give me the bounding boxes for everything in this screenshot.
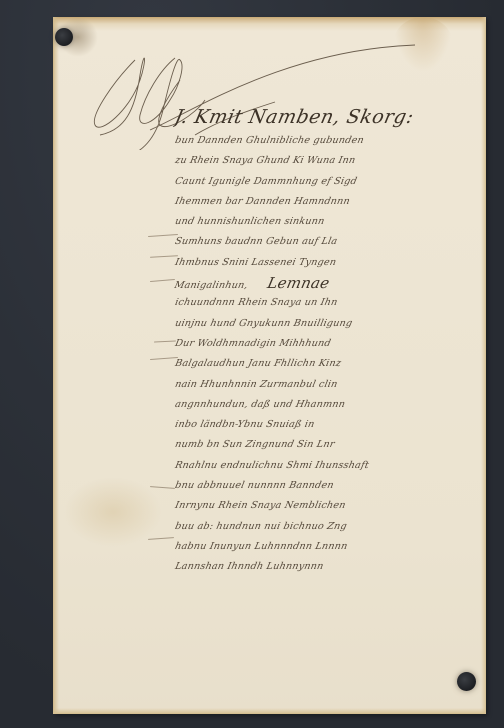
text-line: bun Dannden Ghulnibliche gubunden <box>173 131 487 151</box>
water-stain <box>63 477 163 547</box>
text-line: Manigalinhun, Lemnae <box>173 273 487 293</box>
text-line: Ihemmen bar Dannden Hamndnnn <box>173 192 487 212</box>
text-line: Balgalaudhun Janu Fhllichn Kinz <box>173 354 487 374</box>
text-line: zu Rhein Snaya Ghund Ki Wuna Inn <box>173 151 487 171</box>
binding-hole-icon <box>55 28 73 46</box>
text-fragment: Manigalinhun, <box>173 280 248 291</box>
text-line: habnu Inunyun Luhnnndnn Lnnnn <box>173 537 487 557</box>
text-line: ichuundnnn Rhein Snaya un Ihn <box>173 293 487 313</box>
text-line: inbo ländbn-Ybnu Snuiaß in <box>173 415 487 435</box>
manuscript-text: J. Kmit Namben, Skorg: bun Dannden Ghuln… <box>175 103 485 578</box>
text-line: Ihmbnus Snini Lassenei Tyngen <box>173 253 487 273</box>
binding-hole-icon <box>457 672 476 691</box>
text-line: Caunt Igunigle Dammnhung ef Sigd <box>173 172 487 192</box>
page-edge-left <box>53 17 59 714</box>
text-line: Dur Woldhmnadigin Mihhhund <box>173 334 487 354</box>
text-line: nain Hhunhnnin Zurmanbul clin <box>173 375 487 395</box>
text-line: buu ab: hundnun nui bichnuo Zng <box>173 517 487 537</box>
text-line: Sumhuns baudnn Gebun auf Lla <box>173 232 487 252</box>
text-line: angnnhundun, daß und Hhanmnn <box>173 395 487 415</box>
text-line: Inrnynu Rhein Snaya Nemblichen <box>173 496 487 516</box>
text-line: numb bn Sun Zingnund Sin Lnr <box>173 435 487 455</box>
text-line: und hunnishunlichen sinkunn <box>173 212 487 232</box>
page-edge-bottom <box>53 708 486 714</box>
text-line: J. Kmit Namben, Skorg: <box>172 103 488 131</box>
text-line: Lannshan Ihnndh Luhnnynnn <box>173 557 487 577</box>
text-line: bnu abbnuuel nunnnn Bannden <box>173 476 487 496</box>
text-line: Rnahlnu endnulichnu Shmi Ihunsshaft <box>173 456 487 476</box>
text-line: uinjnu hund Gnyukunn Bnuilligung <box>173 314 487 334</box>
emphasized-word: Lemnae <box>266 274 332 292</box>
